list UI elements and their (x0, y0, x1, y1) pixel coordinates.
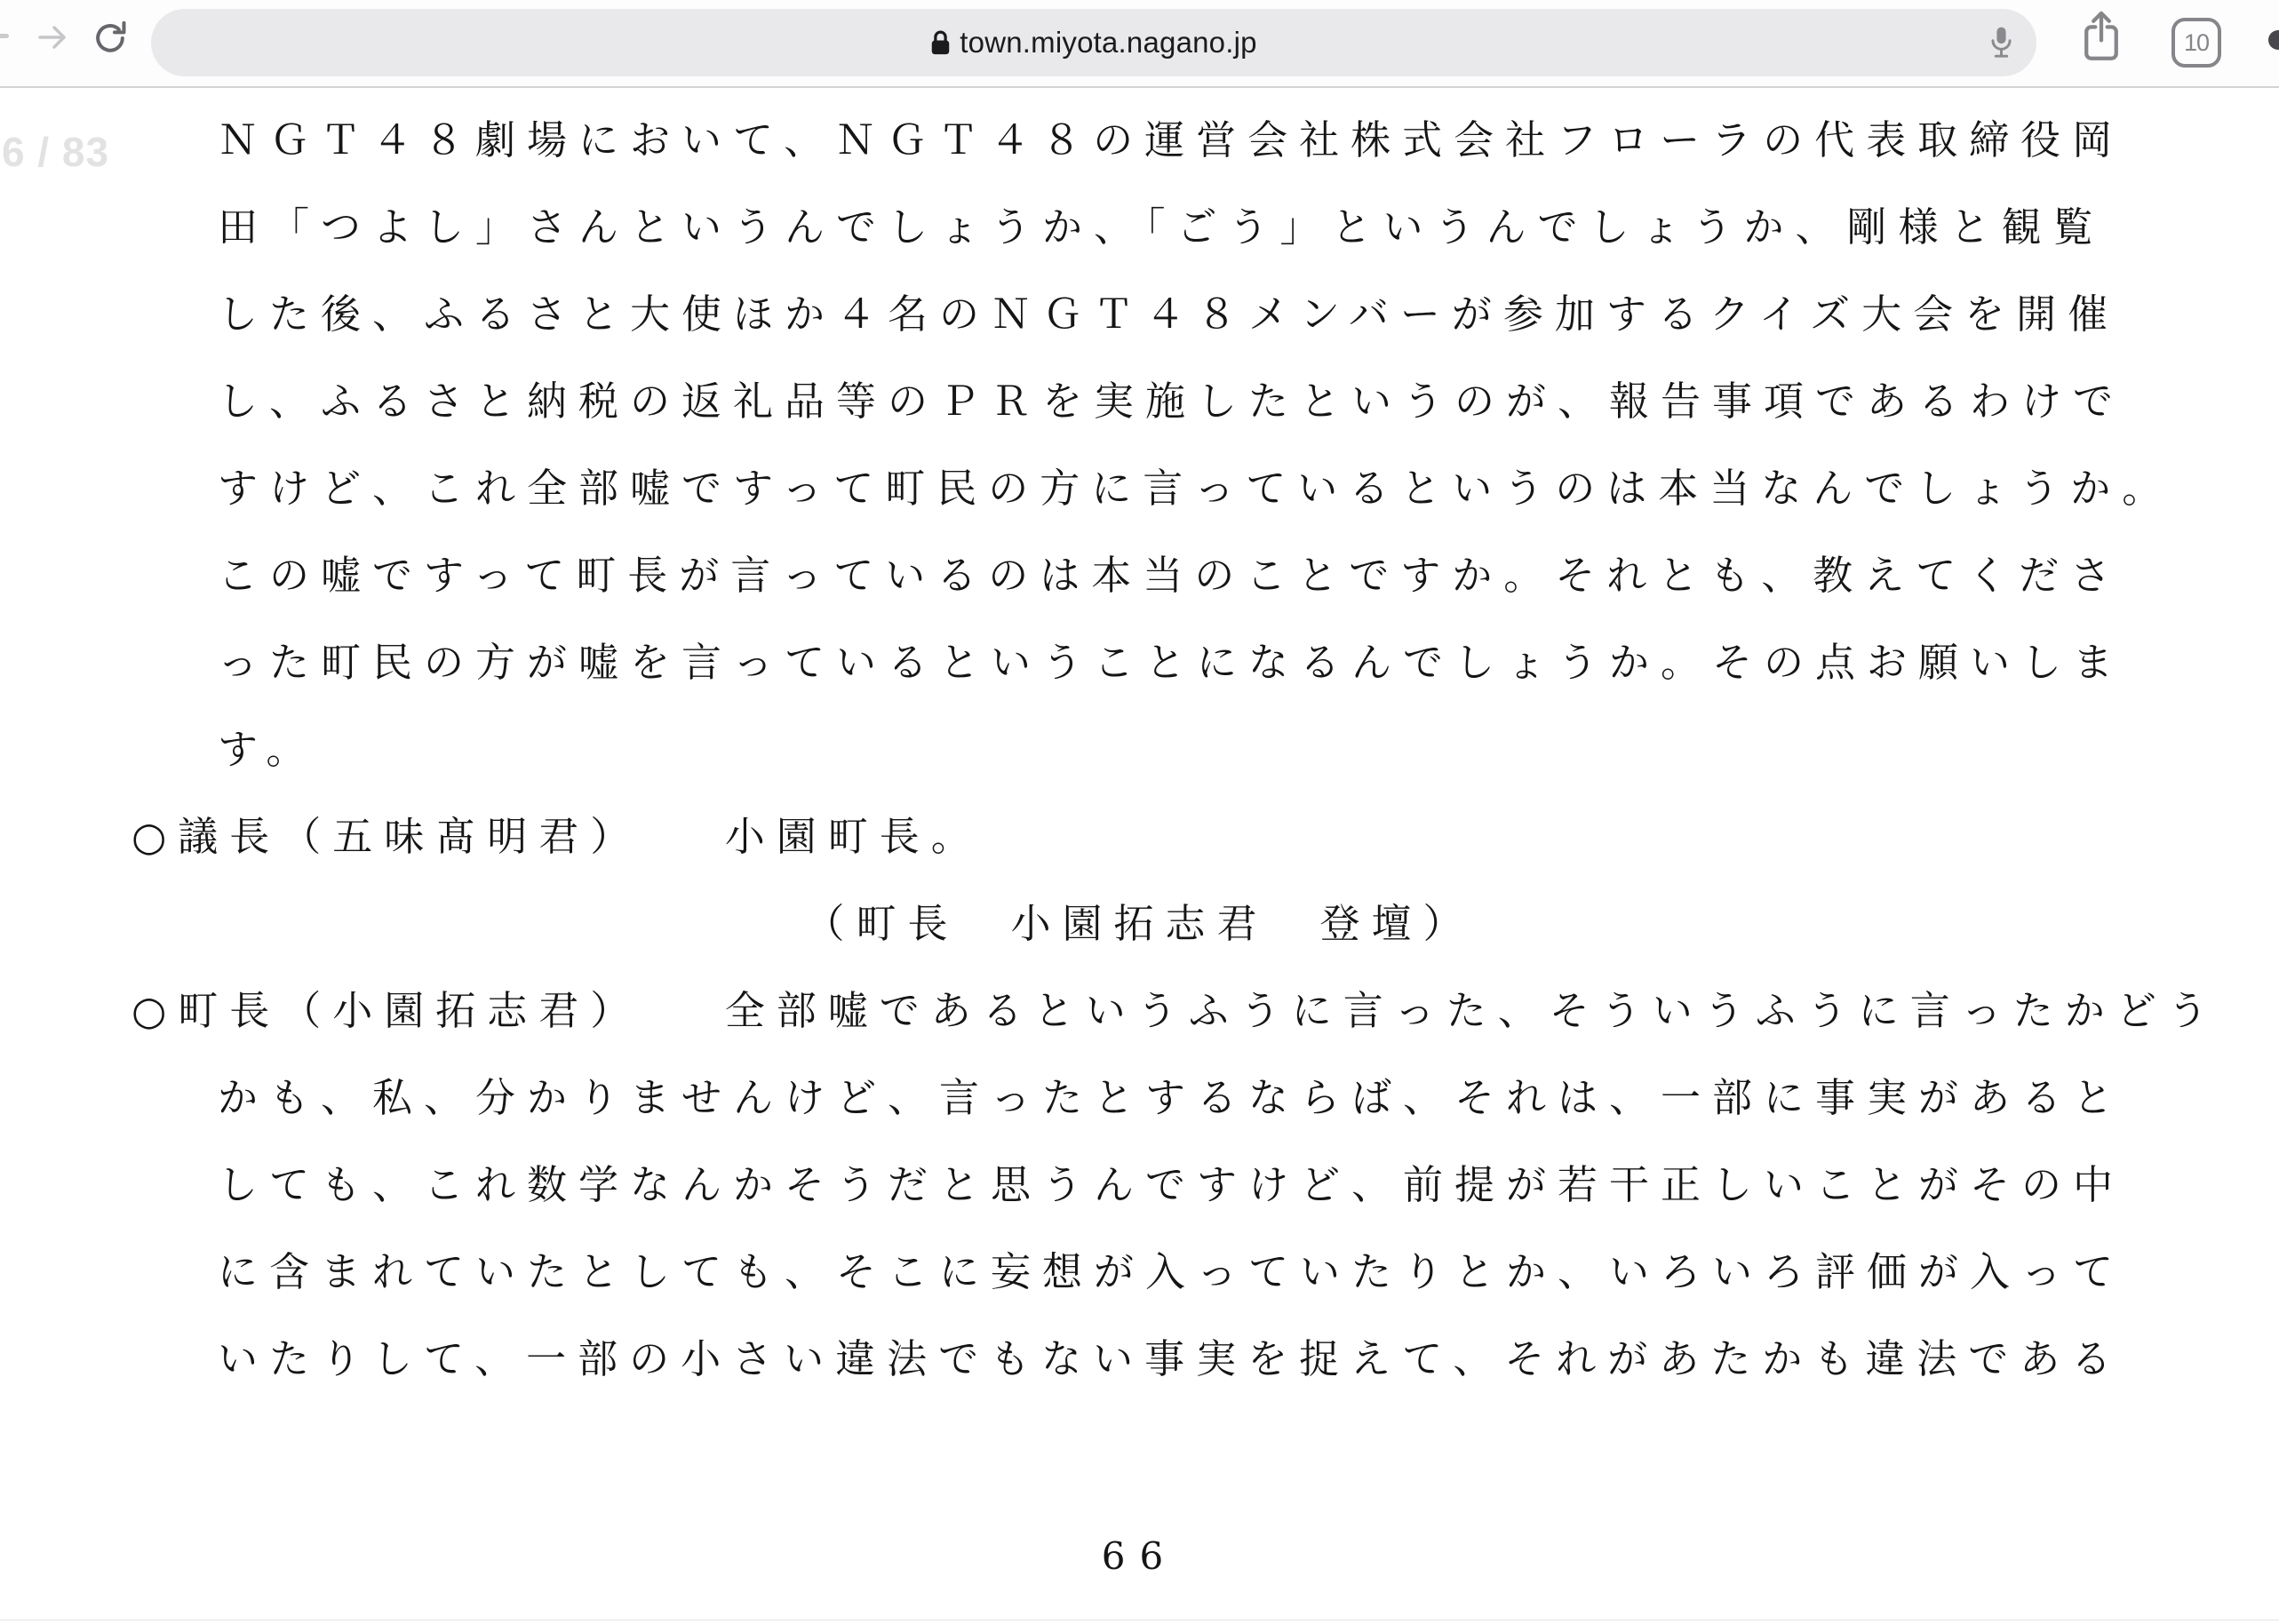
text-line: ＮＧＴ４８劇場において、ＮＧＴ４８の運営会社株式会社フローラの代表取締役岡 (0, 97, 2279, 184)
text-line: しても、これ数学なんかそうだと思うんですけど、前提が若干正しいことがその中 (0, 1142, 2279, 1229)
page-bottom-edge (0, 1620, 2279, 1620)
reload-icon[interactable] (93, 20, 127, 57)
speaker-line: ○町長（小園拓志君） 全部嘘であるというふうに言った、そういうふうに言ったかどう (0, 967, 2279, 1055)
document-page: ＮＧＴ４８劇場において、ＮＧＴ４８の運営会社株式会社フローラの代表取締役岡 田「… (0, 88, 2279, 1583)
text-line: いたりして、一部の小さい違法でもない事実を捉えて、それがあたかも違法である (0, 1316, 2279, 1403)
forward-icon[interactable] (37, 22, 68, 52)
overflow-icon[interactable] (2268, 30, 2279, 50)
speaker-line: ○議長（五味髙明君） 小園町長。 (0, 793, 2279, 880)
microphone-icon[interactable] (1989, 25, 2013, 60)
pdf-viewer[interactable]: 6 / 83 ＮＧＴ４８劇場において、ＮＧＴ４８の運営会社株式会社フローラの代表… (0, 88, 2279, 1624)
back-icon[interactable] (0, 34, 9, 38)
lock-icon (930, 29, 951, 56)
tabs-icon[interactable]: 10 (2171, 18, 2221, 68)
text-line: かも、私、分かりませんけど、言ったとするならば、それは、一部に事実があると (0, 1055, 2279, 1142)
text-line: すけど、これ全部嘘ですって町民の方に言っているというのは本当なんでしょうか。 (0, 445, 2279, 532)
tab-count: 10 (2184, 29, 2209, 57)
page-number: 66 (0, 1530, 2279, 1583)
stage-direction-line: （町長 小園拓志君 登壇） (0, 880, 2279, 967)
text-line: った町民の方が嘘を言っているということになるんでしょうか。その点お願いしま (0, 619, 2279, 706)
share-icon[interactable] (2081, 10, 2122, 63)
browser-toolbar: town.miyota.nagano.jp 10 (0, 0, 2279, 87)
text-line: に含まれていたとしても、そこに妄想が入っていたりとか、いろいろ評価が入って (0, 1229, 2279, 1316)
text-line: す。 (0, 706, 2279, 793)
text-line: し、ふるさと納税の返礼品等のＰＲを実施したというのが、報告事項であるわけで (0, 358, 2279, 445)
url-bar[interactable]: town.miyota.nagano.jp (151, 9, 2036, 76)
text-line: した後、ふるさと大使ほか４名のＮＧＴ４８メンバーが参加するクイズ大会を開催 (0, 271, 2279, 358)
url-text: town.miyota.nagano.jp (960, 26, 1256, 60)
text-line: 田「つよし」さんというんでしょうか、「ごう」というんでしょうか、剛様と観覧 (0, 184, 2279, 271)
text-line: この嘘ですって町長が言っているのは本当のことですか。それとも、教えてくださ (0, 532, 2279, 619)
